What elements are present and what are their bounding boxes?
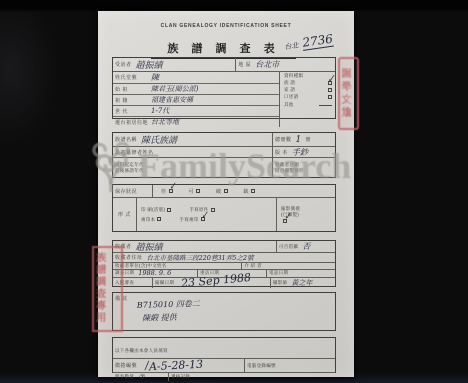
lend-label: 可否借攝	[279, 244, 298, 250]
volumes-label: 總冊數	[275, 136, 292, 143]
format-options-line2: 複印本 手寫複印 ✓	[141, 217, 272, 223]
format-option-print: 印 刷(活版)	[141, 207, 171, 213]
address-cell: 收藏者住址 台北市基隆路三段220巷31弄5之2號	[113, 253, 335, 262]
format-option-photocopy: 複印本	[141, 217, 161, 223]
format-label: 形 式	[118, 211, 131, 218]
generations-label: 世 代	[115, 108, 151, 115]
microfilm-cell: 縮影微捲 (已攝製) ✓	[277, 198, 335, 231]
years-label: 資料起迄年代 最後修譜年代	[115, 162, 144, 173]
holder-value: 趙振績	[136, 240, 163, 253]
photographer-value: 黃之年	[291, 278, 312, 288]
microfilm-option: ✓	[281, 219, 287, 223]
format-label-cell: 形 式	[113, 198, 137, 231]
genealogy-form-page: CLAN GENEALOGY IDENTIFICATION SHEET 族 譜 …	[98, 11, 354, 377]
condition-label-cell: 保存狀況	[113, 185, 153, 197]
genealogy-title-cell: 族譜名稱 陳氏族譜	[113, 133, 273, 146]
count-label: 膠卷數量	[115, 374, 134, 380]
condition-option-good: 佳 ✓	[161, 188, 173, 195]
format-option-label: 印 刷(活版)	[141, 207, 165, 213]
volumes-value: 1	[296, 135, 302, 145]
filming-row: 入館審查 縮攝日期 23 Sep 1988 攝影師 黃之年	[113, 278, 335, 288]
format-option-label: 手寫複印	[179, 217, 198, 223]
condition-option-label: 缺	[244, 188, 250, 195]
notes-row: 備 註 B715010 四卷二 陳緞 提供	[113, 293, 335, 330]
origin-label: 祖 籍	[115, 97, 151, 104]
residence-label: 遷台祖居住地	[115, 119, 151, 126]
format-checkbox	[167, 208, 171, 212]
edition-label: 版 本	[275, 149, 288, 156]
reel-label: 微捲編號	[115, 362, 137, 369]
edition-cell: 版 本 手鈔	[273, 147, 335, 157]
origin-row: 祖 籍 福建省惠安縣	[113, 95, 279, 106]
format-checkbox	[157, 217, 161, 221]
generations-value: 1-7代	[151, 106, 169, 116]
type-option-zupu: 族 譜 ✓	[284, 80, 332, 86]
condition-table: 保存狀況 佳 ✓ 可 破	[112, 184, 336, 232]
reel-value: A-5-28-13	[148, 358, 203, 374]
condition-option-label: 佳	[161, 188, 167, 195]
check-mark-icon: ✓	[283, 211, 292, 222]
survey-date-value: 1988. 9. 6	[138, 269, 171, 277]
holder-cell: 收藏者 趙振績	[113, 241, 277, 252]
format-checkbox	[211, 208, 215, 212]
record-cell: 審核記錄	[169, 373, 335, 381]
notes-handwriting: B715010 四卷二 陳緞 提供	[137, 297, 201, 325]
holder-table: 收藏者 趙振績 可否借攝 否 收藏者住址 台北市基隆路三段220巷31弄5之2號…	[112, 240, 336, 287]
photographer-cell: 攝影師 黃之年	[271, 278, 335, 288]
type-option-label: 族 譜	[284, 80, 295, 86]
red-stamp-left-text: 族譜調查專用	[95, 253, 108, 325]
doc-number-prefix: 台北	[284, 41, 299, 51]
founder-row: 始 祖 陳君玉(閩公派)	[113, 84, 279, 95]
microfilm-scan-frame: CLAN GENEALOGY IDENTIFICATION SHEET 族 譜 …	[0, 0, 468, 383]
type-option-label: 家 譜	[284, 87, 295, 93]
reel-row: 微捲編號 / A-5-28-13 電腦登錄編號	[113, 359, 335, 373]
consent-cell: 收藏者意願 同意攝製情形	[273, 158, 335, 177]
holder-row: 收藏者 趙振績 可否借攝 否	[113, 241, 335, 253]
record-label: 審核記錄	[171, 374, 190, 380]
count-row: 膠卷數量 ② 審核記錄	[113, 373, 335, 381]
edition-value: 手鈔	[292, 147, 308, 158]
condition-checkbox	[251, 189, 255, 193]
condition-option-label: 可	[189, 188, 195, 195]
title-row: 族譜名稱 陳氏族譜 總冊數 1 冊	[113, 133, 335, 147]
count-cell: 膠卷數量 ②	[113, 373, 169, 381]
genealogy-table: 族譜名稱 陳氏族譜 總冊數 1 冊 最初纂修者姓名 版 本 手鈔	[112, 132, 336, 178]
type-option-checkbox	[328, 95, 332, 99]
condition-option-label: 破	[216, 188, 222, 195]
notes-table: 備 註 B715010 四卷二 陳緞 提供	[112, 292, 336, 331]
type-option-label: 口述譜	[284, 94, 298, 100]
condition-option-torn: 破	[216, 188, 228, 195]
residence-value: 台北等地	[151, 117, 179, 127]
consent-label: 收藏者意願 同意攝製情形	[275, 162, 304, 173]
volumes-unit: 冊	[305, 136, 311, 143]
lend-cell: 可否借攝 否	[277, 241, 335, 252]
condition-checkbox	[224, 189, 228, 193]
office-table: 以下各欄由本會人員填寫 微捲編號 / A-5-28-13 電腦登錄編號 膠卷數量…	[112, 337, 336, 373]
generations-row: 世 代 1-7代	[113, 106, 279, 117]
check-mark-icon: ✓	[168, 181, 178, 193]
film-date-cell: 縮攝日期 23 Sep 1988	[153, 278, 271, 288]
surname-label: 姓氏堂號	[115, 74, 151, 81]
surname-row: 姓氏堂號 陳	[113, 72, 279, 84]
type-option-label: 其他	[284, 102, 294, 108]
address-value: 台北市基隆路三段220巷31弄5之2號	[147, 253, 254, 262]
count-value: ②	[138, 373, 144, 381]
introducer-cell: 介 紹 者	[242, 263, 335, 269]
years-row: 資料起迄年代 最後修譜年代 收藏者意願 同意攝製情形	[113, 158, 335, 177]
identity-table: 受訪者 趙振績 地 區 台北市 姓氏堂號 陳 始 祖 陳君玉(閩公派)	[112, 57, 336, 119]
record-type-column: 資料種類 族 譜 ✓ 家 譜 口述譜 其他	[279, 72, 335, 127]
origin-value: 福建省惠安縣	[151, 95, 193, 105]
interviewee-row: 受訪者 趙振績 地 區 台北市	[113, 58, 335, 72]
identity-fields: 姓氏堂號 陳 始 祖 陳君玉(閩公派) 祖 籍 福建省惠安縣 世 代 1-7代	[113, 72, 279, 127]
genealogy-title-value: 陳氏族譜	[141, 133, 177, 146]
handwritten-doc-number: 台北 2736	[283, 30, 334, 55]
format-options-cell: 印 刷(活版) 手寫原件 複印本	[137, 198, 277, 231]
reel-cell: 微捲編號 / A-5-28-13	[113, 359, 245, 372]
phone-cell: 電話日期	[267, 270, 335, 277]
format-row: 形 式 印 刷(活版) 手寫原件	[113, 198, 335, 231]
address-row: 收藏者住址 台北市基隆路三段220巷31弄5之2號	[113, 253, 335, 263]
type-option-checkbox	[328, 88, 332, 92]
work-cell: 收藏者單位(含)中文姓名	[113, 263, 242, 269]
volumes-cell: 總冊數 1 冊	[273, 133, 335, 146]
office-note-row: 以下各欄由本會人員填寫	[113, 338, 335, 359]
founder-value: 陳君玉(閩公派)	[151, 84, 198, 94]
notes-line1: B715010 四卷二	[137, 297, 200, 312]
red-stamp-left: 族譜調查專用	[92, 246, 123, 332]
condition-label: 保存狀況	[115, 188, 137, 195]
doc-number-value: 2736	[302, 32, 334, 51]
condition-option-missing: 缺	[244, 188, 256, 195]
interviewee-cell: 受訪者 趙振績	[113, 58, 236, 71]
film-date-label: 縮攝日期	[155, 280, 174, 286]
survey-date-cell: 調查日期 1988. 9. 6	[113, 270, 198, 277]
photographer-label: 攝影師	[273, 280, 287, 286]
check-mark-icon: ✓	[200, 210, 209, 221]
condition-row: 保存狀況 佳 ✓ 可 破	[113, 185, 335, 198]
computer-cell: 電腦登錄編號	[245, 359, 335, 372]
lend-value: 否	[302, 241, 310, 252]
red-stamp-right: 國學文獻	[338, 57, 359, 130]
compiler-label: 最初纂修者姓名	[115, 149, 154, 156]
condition-options-cell: 佳 ✓ 可 破 缺	[153, 185, 335, 197]
years-cell: 資料起迄年代 最後修譜年代	[113, 158, 273, 177]
condition-checkbox	[196, 189, 200, 193]
founder-label: 始 祖	[115, 86, 151, 93]
compiler-row: 最初纂修者姓名 版 本 手鈔	[113, 147, 335, 158]
type-option-other: 其他	[284, 102, 332, 108]
region-label: 地 區	[238, 61, 251, 68]
notes-line2: 陳緞 提供	[142, 310, 200, 325]
interviewee-value: 趙振績	[136, 58, 163, 71]
check-mark-icon: ✓	[326, 73, 336, 86]
condition-option-ok: 可	[189, 188, 201, 195]
computer-label: 電腦登錄編號	[247, 363, 276, 369]
introducer-label: 介 紹 者	[244, 263, 262, 269]
residence-row: 遷台祖居住地 台北等地	[113, 117, 279, 127]
format-option-handcopy: 手寫複印 ✓	[179, 217, 204, 223]
phone-label: 電話日期	[269, 270, 288, 276]
record-type-header: 資料種類	[284, 73, 332, 79]
identity-detail-row: 姓氏堂號 陳 始 祖 陳君玉(閩公派) 祖 籍 福建省惠安縣 世 代 1-7代	[113, 72, 335, 127]
surname-value: 陳	[151, 72, 159, 83]
office-note: 以下各欄由本會人員填寫	[115, 348, 168, 353]
compiler-cell: 最初纂修者姓名	[113, 147, 273, 157]
type-option-jiapu: 家 譜	[284, 87, 332, 93]
region-value: 台北市	[255, 59, 279, 70]
format-option-label: 複印本	[141, 217, 155, 223]
genealogy-title-label: 族譜名稱	[115, 136, 137, 143]
red-stamp-right-text: 國學文獻	[341, 68, 356, 120]
english-title: CLAN GENEALOGY IDENTIFICATION SHEET	[98, 23, 354, 29]
notes-cell: 備 註 B715010 四卷二 陳緞 提供	[113, 293, 335, 330]
other-blank-line	[319, 102, 332, 106]
region-cell: 地 區 台北市	[236, 58, 335, 71]
interviewee-label: 受訪者	[115, 61, 132, 68]
type-option-oral: 口述譜	[284, 94, 332, 100]
